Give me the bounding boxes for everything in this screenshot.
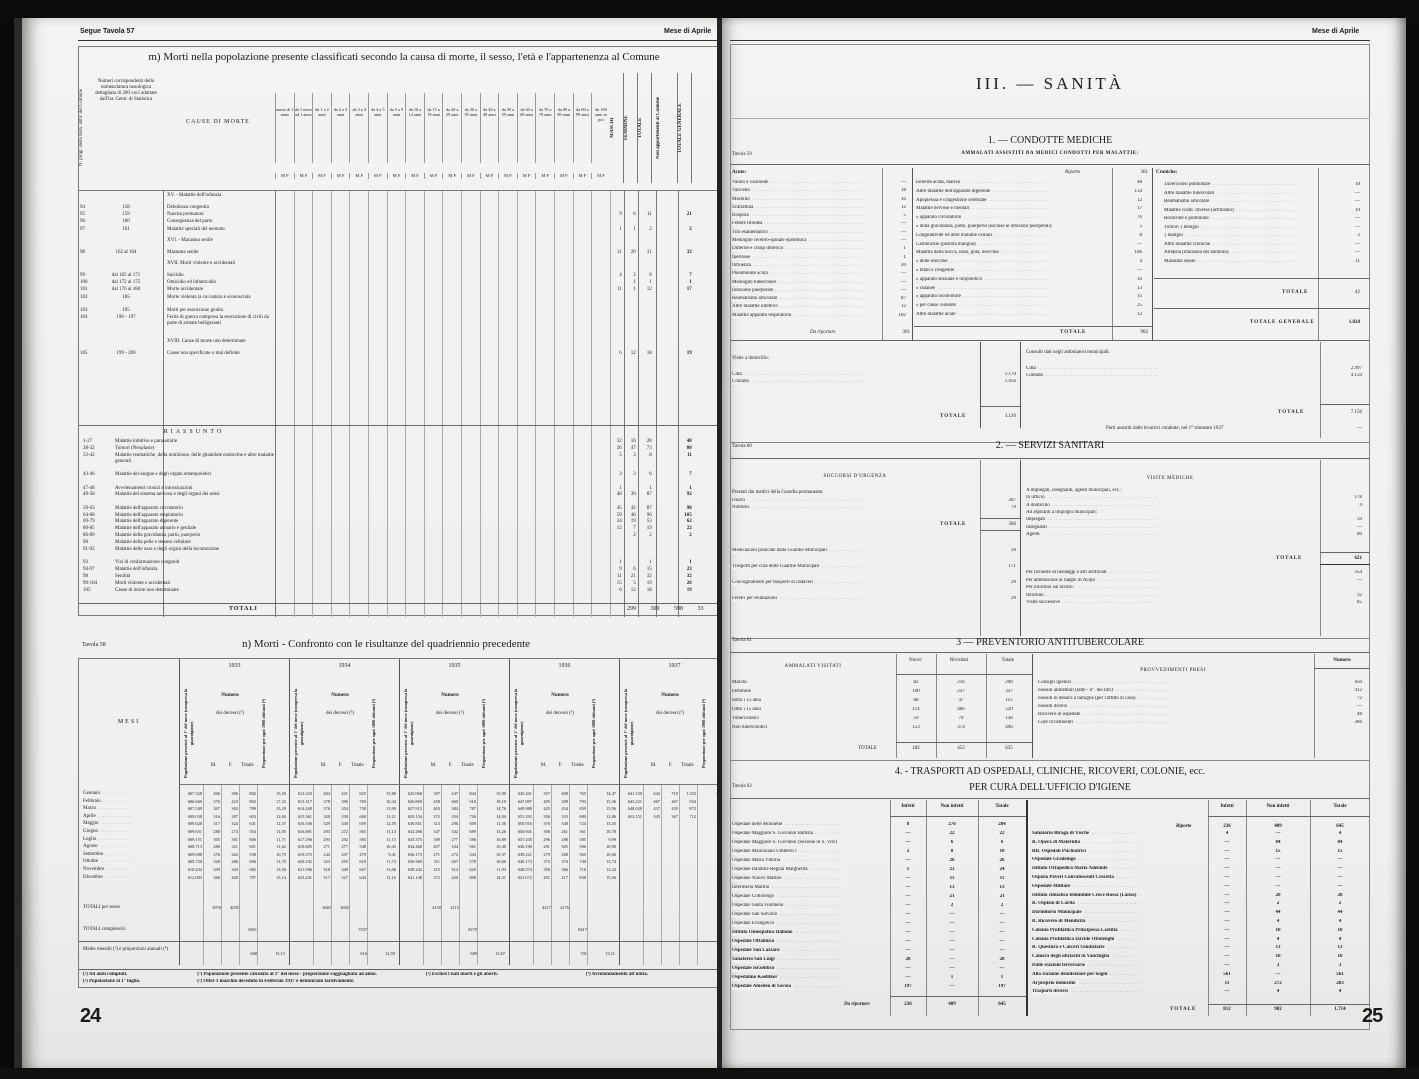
- dot-leader: . . . . . . . . . . . . . . . . . . . . …: [1026, 532, 1326, 538]
- data-cell: 367: [661, 814, 679, 820]
- data-cell: 467: [643, 799, 661, 805]
- age-group-header: da 4 a 5 anni: [368, 93, 387, 163]
- row-value: —: [901, 238, 906, 244]
- data-cell: 934: [679, 799, 697, 805]
- table-row: 105199 - 200Cause non specificate o mal …: [79, 351, 729, 358]
- running-head-right: Mese di Aprile: [1312, 28, 1359, 35]
- row-label: » apparato sessuale e uropoietico: [916, 277, 984, 283]
- row-label: Malattie costit. diverse (artritismo): [1164, 208, 1236, 214]
- age-group-header: da 5 a 9 anni: [387, 93, 406, 163]
- mf-label: M F: [498, 173, 517, 179]
- visite-domicilio-heading: Visite a domicilio:: [732, 356, 769, 362]
- data-cell: 329: [313, 814, 331, 820]
- cell-f: 47: [624, 446, 636, 452]
- cell-tg: 90: [678, 506, 692, 512]
- row-label: » apparato circolatorio: [916, 215, 963, 221]
- cell-m: 5: [610, 453, 622, 459]
- data-cell: 280: [203, 829, 221, 835]
- cell: —: [890, 930, 926, 936]
- row-ref: 162 al 164: [93, 250, 159, 256]
- cell-m: 11: [610, 250, 622, 256]
- mf-label: M F: [275, 173, 294, 179]
- proporzione-cell: 13,67: [479, 951, 505, 957]
- cell: 4: [1310, 937, 1370, 943]
- row-cause: Malattie reumatiche, della nutrizione, d…: [115, 453, 275, 465]
- cell-tot: 15: [638, 567, 652, 573]
- data-cell: 460: [441, 799, 459, 805]
- row-label: Tifo esantematico: [732, 230, 770, 236]
- data-cell: 644: [349, 875, 367, 881]
- row-label: Dalle stazioni ferroviarie: [1032, 963, 1087, 969]
- table-row: . . . . . . . . . . . . . . . . . . . . …: [732, 921, 1028, 930]
- row-cause: Malattie del sangue e degli organi emato…: [115, 472, 275, 478]
- data-cell: 640.574: [509, 867, 533, 873]
- cell-tot: 2: [638, 227, 652, 233]
- row-cause: Vizi di conformazione congeniti: [115, 560, 275, 566]
- footnote: (³) Popolazione presente calcolata al 1°…: [197, 972, 426, 978]
- row-value: —: [901, 271, 906, 277]
- cell-m: 48: [610, 492, 622, 498]
- data-cell: 634.468: [399, 844, 423, 850]
- list-item: . . . . . . . . . . . . . . . . . . . . …: [1026, 570, 1366, 578]
- table-row: . . . . . . . . . . . . . . . . . . . . …: [1032, 981, 1370, 990]
- consulti-total-value: 7.156: [1320, 410, 1362, 416]
- list-item: . . . . . . . . . . . . . . . . . . . . …: [1038, 704, 1366, 712]
- table-row: 91-92Malattie delle ossa e degli organi …: [79, 547, 729, 554]
- table-row: . . . . . . . . . . . . . . . . . . . . …: [1032, 919, 1370, 928]
- cell-tot: 1: [638, 280, 652, 286]
- list-item: . . . . . . . . . . . . . . . . . . . . …: [1038, 720, 1366, 728]
- cell-tot: 11: [638, 212, 652, 218]
- data-cell: 607.328: [179, 791, 203, 797]
- mf-label: M F: [424, 173, 443, 179]
- cell-tot: 96: [638, 513, 652, 519]
- table-row: . . . . . . . . . . . . . . . . . . . . …: [732, 840, 1028, 849]
- data-cell: 339: [203, 867, 221, 873]
- row-cause: Malattie dell'apparato urinario e genita…: [115, 526, 275, 532]
- data-cell: 434: [551, 806, 569, 812]
- row-label: Ricovero in ospedale: [1038, 712, 1082, 718]
- row-label: Ospedale San Lazzaro: [732, 948, 782, 954]
- col-header: Nuovi: [896, 658, 935, 664]
- month-name: Settembre: [83, 852, 105, 858]
- cell: 2: [890, 849, 926, 855]
- visite-mediche-heading: VISITE MEDICHE: [1020, 476, 1320, 482]
- cell-tg: 23: [678, 567, 692, 573]
- ammalati-heading: AMMALATI VISITATI: [730, 664, 896, 670]
- data-cell: 636.173: [399, 852, 423, 858]
- dot-leader: . . . . . . . . . . . . . . . . . . . . …: [1026, 525, 1326, 531]
- data-cell: 405: [533, 799, 551, 805]
- cell-tg: 26: [678, 581, 692, 587]
- list-item: . . . . . . . . . . . . . . . . . . . . …: [732, 564, 1020, 580]
- data-cell: 296: [441, 821, 459, 827]
- cell-tot: 32: [638, 574, 652, 580]
- row-label: Meningite tubercolare: [732, 280, 778, 286]
- cell: 28: [978, 957, 1026, 963]
- row-label: Insegnanti: [1026, 525, 1049, 531]
- row-label: Infortuni: [1026, 593, 1046, 599]
- month-name: Agosto: [83, 844, 99, 850]
- cell: —: [890, 975, 926, 981]
- mf-label: M F: [480, 173, 499, 179]
- row-cause: Malattie dell'apparato digerente: [115, 519, 275, 525]
- row-label: Ipertosse: [732, 255, 752, 261]
- data-cell: 561: [459, 844, 477, 850]
- data-cell: 636.190: [509, 844, 533, 850]
- visite-consulti-block: Visite a domicilio: . . . . . . . . . . …: [730, 342, 1370, 438]
- prop-header: Proporzione per ogni 1000 abitanti (⁴): [371, 685, 393, 781]
- row-label: Agenti: [1026, 532, 1042, 538]
- data-cell: 808: [459, 875, 477, 881]
- month-list: . . . . . . . . . . . . . . . . . . . .G…: [83, 791, 179, 882]
- row-value: —: [1355, 216, 1360, 222]
- table-row: . . . . . . . . . . . . . . . . . . . . …: [1032, 954, 1370, 963]
- data-cell: 643.221: [619, 799, 643, 805]
- totale-complessivo-cell: 8417: [569, 927, 587, 933]
- data-cell: 261: [551, 829, 569, 835]
- data-cell: 609.651: [179, 829, 203, 835]
- row-value: —: [1357, 704, 1362, 710]
- row-label: Atrepsia (marasma dei bambini): [1164, 250, 1231, 256]
- table-row: . . . . . . . . . . . . . . . . . . . . …: [732, 930, 1028, 939]
- row-label: Ospedale San Salvario: [732, 912, 779, 918]
- dot-leader: . . . . . . . . . . . . . . . . . . . . …: [1026, 593, 1326, 599]
- sub-col-line: [697, 785, 698, 965]
- table-row: 104196 - 197Ferite di guerra compresa la…: [79, 315, 729, 322]
- dot-leader: . . . . . . . . . . . . . . . . . . . . …: [732, 213, 870, 219]
- row-label: Altre malattie tubercolari: [1164, 191, 1217, 197]
- row-label: Ospedale Maggiore S. Giovanni (Sezione d…: [732, 840, 839, 846]
- cell: 561: [1310, 972, 1370, 978]
- trasporti-left-col-headers: InfettiNon infettiTotale: [890, 804, 1026, 810]
- totale-sesso-cell: 4150: [423, 905, 441, 911]
- data-cell: 447: [441, 791, 459, 797]
- footnote: (²) Popolazione al 1° luglio.: [83, 979, 197, 985]
- sub-totale: Totale: [239, 763, 256, 769]
- data-cell: 585: [349, 837, 367, 843]
- data-cell: 291: [533, 844, 551, 850]
- row-value: —: [901, 280, 906, 286]
- data-cell: 15,29: [259, 806, 287, 812]
- age-group-header: da 1 a 2 anni: [312, 93, 331, 163]
- data-cell: 641.148: [399, 875, 423, 881]
- row-ref: 91-92: [83, 547, 109, 553]
- data-cell: 802: [239, 799, 257, 805]
- year-line: [509, 659, 510, 784]
- data-cell: 13,99: [369, 806, 397, 812]
- data-cell: 327: [331, 875, 349, 881]
- data-cell: 292: [331, 837, 349, 843]
- dot-leader: . . . . . . . . . . . . . . . . . . . . …: [1038, 680, 1326, 686]
- data-cell: 300: [533, 829, 551, 835]
- data-cell: 276: [203, 852, 221, 858]
- cell-tg: 21: [678, 212, 692, 218]
- visite-total-label: TOTALE: [940, 414, 966, 420]
- cell: 79: [936, 716, 986, 722]
- cell-m: 26: [610, 446, 622, 452]
- data-cell: 372: [423, 875, 441, 881]
- cell-f: 2: [624, 533, 636, 539]
- data-cell: 608.713: [179, 844, 203, 850]
- cell-f: 2: [624, 273, 636, 279]
- data-cell: 420: [221, 875, 239, 881]
- row-value: 48: [1357, 712, 1362, 718]
- row-label: Influenza: [732, 263, 753, 269]
- cell: 10: [1246, 928, 1310, 934]
- data-cell: 11,36: [479, 821, 507, 827]
- proporzione-cell: 13,15: [259, 951, 285, 957]
- cell-tot: 8: [638, 453, 652, 459]
- data-cell: 14,04: [479, 814, 507, 820]
- row-value: 85: [1357, 600, 1362, 606]
- cell: 216: [936, 680, 986, 686]
- table-row: 96160Conseguenza del parto: [79, 219, 729, 226]
- sub-col-line: [587, 785, 588, 965]
- total-cell: 409: [926, 1002, 978, 1008]
- row-label: Morbillo: [732, 197, 752, 203]
- row-num: 97: [80, 227, 85, 233]
- data-cell: 237: [331, 852, 349, 858]
- cell: 4: [1310, 989, 1370, 995]
- table-row: . . . . . . . . . . . . . . . . . . . . …: [1032, 884, 1370, 893]
- row-ref: 159: [93, 212, 159, 218]
- sub-col-line: [477, 785, 478, 965]
- data-cell: 650.941: [509, 829, 533, 835]
- data-cell: 333: [551, 814, 569, 820]
- visite-domicilio-rows: . . . . . . . . . . . . . . . . . . . . …: [732, 372, 1020, 386]
- table-row: Non tubercolotici123374496: [732, 725, 1032, 734]
- soccorsi-intro: Prestati dai medici della Guardia perman…: [732, 490, 824, 496]
- data-cell: 15,90: [479, 791, 507, 797]
- list-item: . . . . . . . . . . . . . . . . . . . . …: [732, 255, 910, 263]
- list-item: . . . . . . . . . . . . . . . . . . . . …: [732, 197, 910, 205]
- row-value: —: [901, 221, 906, 227]
- list-item: . . . . . . . . . . . . . . . . . . . . …: [1026, 517, 1366, 525]
- table-row: . . . . . . . . . . . . . . . . . . . . …: [1032, 849, 1370, 858]
- list-item: . . . . . . . . . . . . . . . . . . . . …: [1026, 373, 1366, 380]
- month-name: Marzo: [83, 806, 98, 812]
- cell: 123: [896, 725, 936, 731]
- row-label: Ospedale Cottolengo: [732, 894, 776, 900]
- data-cell: 272: [441, 852, 459, 858]
- totali-per-sesso-label: TOTALI per sesso: [83, 905, 120, 911]
- row-cause: Malattie dell'apparato circolatorio: [115, 506, 275, 512]
- row-value: —: [901, 288, 906, 294]
- table-row: . . . . . . . . . . . . . . . . . . . . …: [732, 903, 1028, 912]
- data-cell: 565: [349, 829, 367, 835]
- month-label: . . . . . . . . . . . . . . . . . . . .O…: [83, 859, 175, 867]
- cell: 520: [986, 707, 1032, 713]
- cell-tg: 7: [678, 472, 692, 478]
- row-num: 103: [80, 308, 88, 314]
- month-label: . . . . . . . . . . . . . . . . . . . .F…: [83, 799, 175, 807]
- data-cell: 667: [349, 867, 367, 873]
- row-ref: 86-89: [83, 533, 109, 539]
- data-cell: 640.173: [509, 859, 533, 865]
- data-cell: 606: [239, 837, 257, 843]
- data-cell: 14,47: [589, 791, 617, 797]
- data-cell: 11,93: [479, 867, 507, 873]
- dot-leader: . . . . . . . . . . . . . . . . . . . . …: [1026, 495, 1326, 501]
- data-cell: 425: [533, 806, 551, 812]
- list-item: . . . . . . . . . . . . . . . . . . . . …: [916, 206, 1146, 215]
- row-label: Ospedale Mauriziano Umberto I: [732, 849, 799, 855]
- list-item: . . . . . . . . . . . . . . . . . . . . …: [732, 313, 910, 321]
- data-cell: 561: [569, 829, 587, 835]
- data-cell: 349: [331, 867, 349, 873]
- cell: —: [926, 957, 978, 963]
- list-item: . . . . . . . . . . . . . . . . . . . . …: [1038, 712, 1366, 720]
- data-cell: 295: [331, 859, 349, 865]
- data-cell: 825: [349, 791, 367, 797]
- cell: 4: [1246, 919, 1310, 925]
- cell: 59: [896, 716, 936, 722]
- data-cell: 347: [423, 829, 441, 835]
- cell: 4: [1246, 937, 1310, 943]
- list-item: . . . . . . . . . . . . . . . . . . . . …: [732, 296, 910, 304]
- table-row: . . . . . . . . . . . . . . . . . . . . …: [732, 876, 1028, 885]
- cell: —: [1208, 875, 1246, 881]
- row-ref: 69-79: [83, 519, 109, 525]
- row-label: Pneumonite acuta: [732, 271, 770, 277]
- data-cell: 749: [569, 859, 587, 865]
- data-cell: 596: [569, 844, 587, 850]
- cell-tg: 1: [678, 486, 692, 492]
- table-row: 105Cause di morte non determinate6121819: [79, 588, 729, 595]
- data-cell: 789: [239, 806, 257, 812]
- data-cell: 578: [459, 859, 477, 865]
- list-item: . . . . . . . . . . . . . . . . . . . . …: [916, 312, 1146, 321]
- data-cell: 11,70: [259, 859, 287, 865]
- data-cell: 612.003: [179, 875, 203, 881]
- month-name: Giugno: [83, 829, 100, 835]
- data-cell: 293: [313, 829, 331, 835]
- data-cell: 279: [533, 852, 551, 858]
- table-row: . . . . . . . . . . . . . . . . . . . . …: [1032, 875, 1370, 884]
- row-value: 354: [1355, 570, 1363, 576]
- data-cell: 554: [239, 829, 257, 835]
- cell: —: [1208, 954, 1246, 960]
- data-cell: 639.221: [509, 852, 533, 858]
- row-value: 12: [1137, 312, 1142, 318]
- footnote: (³) Esclusi i nati morti e gli aborti.: [426, 972, 586, 978]
- cell: 276: [926, 822, 978, 828]
- list-item: . . . . . . . . . . . . . . . . . . . . …: [916, 303, 1146, 312]
- row-cause: Morti violente e accidentali: [115, 581, 275, 587]
- media-cell: 701: [569, 951, 587, 957]
- data-cell: 607.549: [179, 806, 203, 812]
- table-row: 99dal 165 al 171Suicidio4267: [79, 273, 729, 280]
- data-cell: 10,75: [259, 852, 287, 858]
- mf-label: M F: [312, 173, 331, 179]
- row-value: 17: [1137, 206, 1142, 212]
- list-item: . . . . . . . . . . . . . . . . . . . . …: [1164, 191, 1364, 200]
- row-label: Sanatorio San Luigi: [732, 957, 777, 963]
- year-line: [399, 659, 400, 784]
- data-cell: 403: [423, 806, 441, 812]
- year-header: 1934: [289, 663, 399, 683]
- year-header: 1935: [399, 663, 509, 683]
- consulti-heading: Consulti dati negli ambulatori municipal…: [1026, 350, 1110, 356]
- row-label: Altre malattie acute: [916, 312, 957, 318]
- cell-f: 20: [624, 250, 636, 256]
- data-cell: 618.605: [289, 844, 313, 850]
- age-group-header: da 30 a 39 anni: [461, 93, 480, 163]
- row-label: Ospedale Militare: [1032, 884, 1072, 890]
- row-ref: 33-42: [83, 453, 109, 459]
- data-cell: 637.435: [509, 837, 533, 843]
- data-cell: 601: [239, 844, 257, 850]
- table-row: . . . . . . . . . . . . . . . . . . . . …: [732, 894, 1028, 903]
- section4-title-line1: 4. - TRASPORTI AD OSPEDALI, CLINICHE, RI…: [730, 766, 1370, 777]
- row-label: Per richieste di bendaggi e arti artific…: [1026, 570, 1109, 576]
- data-cell: 613.317: [289, 799, 313, 805]
- row-label: R. Ospizio di Carità: [1032, 901, 1077, 907]
- cell-tg: 92: [678, 492, 692, 498]
- data-cell: 435: [661, 806, 679, 812]
- cell-tot: 73: [638, 446, 652, 452]
- row-value: 76: [1137, 215, 1142, 221]
- data-cell: 15,56: [589, 806, 617, 812]
- list-item: . . . . . . . . . . . . . . . . . . . . …: [1164, 225, 1364, 234]
- cell: —: [1310, 884, 1370, 890]
- cell-m: 32: [610, 439, 622, 445]
- row-ref: 47-48: [83, 486, 109, 492]
- cell-m: 34: [610, 519, 622, 525]
- data-cell: 765: [569, 791, 587, 797]
- section2-title: 2. — SERVIZI SANITARI: [730, 440, 1370, 451]
- table-row: . . . . . . . . . . . . . . . . . . . . …: [732, 822, 1028, 831]
- row-label: Convogliamenti per trasporti di cadaveri: [732, 580, 815, 586]
- row-ref: 93: [83, 560, 109, 566]
- dot-leader: . . . . . . . . . . . . . . . . . . . . …: [1026, 373, 1326, 379]
- data-cell: 712: [679, 814, 697, 820]
- month-label: . . . . . . . . . . . . . . . . . . . .S…: [83, 852, 175, 860]
- cell-tot: 6: [638, 273, 652, 279]
- data-cell: 609.628: [179, 821, 203, 827]
- data-cell: 726: [459, 814, 477, 820]
- list-item: . . . . . . . . . . . . . . . . . . . . …: [916, 277, 1146, 286]
- data-cell: 11,73: [369, 859, 397, 865]
- data-cell: 1.352: [679, 791, 697, 797]
- list-item: . . . . . . . . . . . . . . . . . . . . …: [732, 271, 910, 279]
- group-label: A impiegati, insegnanti, agenti municipa…: [1026, 488, 1366, 495]
- cell: 22: [926, 831, 978, 837]
- data-cell: 649.980: [509, 806, 533, 812]
- data-cell: 324: [221, 821, 239, 827]
- row-label: Per infortuni sul lavoro:: [1026, 585, 1076, 591]
- proporzione-cell: 13,11: [589, 951, 615, 957]
- data-cell: 343: [221, 867, 239, 873]
- data-cell: 617.296: [289, 837, 313, 843]
- data-cell: 14,76: [479, 806, 507, 812]
- row-value: 29: [1011, 596, 1016, 602]
- table-row: . . . . . . . . . . . . . . . . . . . . …: [732, 849, 1028, 858]
- totali-m: 299: [627, 606, 636, 613]
- data-cell: 242: [313, 852, 331, 858]
- row-cause: Malattie della gravidanza, parto, puerpe…: [115, 533, 275, 539]
- data-cell: 15,56: [589, 875, 617, 881]
- cell: 24: [978, 867, 1026, 873]
- row-label: Vaiolo e vaioloide: [732, 180, 770, 186]
- row-label: Cure ricostituenti: [1038, 720, 1075, 726]
- dot-leader: . . . . . . . . . . . . . . . . . . . . …: [1026, 366, 1326, 372]
- cell: 283: [1310, 981, 1370, 987]
- data-cell: 11,05: [259, 829, 287, 835]
- table-row: . . . . . . . . . . . . . . . . . . . . …: [1032, 937, 1370, 946]
- data-cell: 565: [569, 852, 587, 858]
